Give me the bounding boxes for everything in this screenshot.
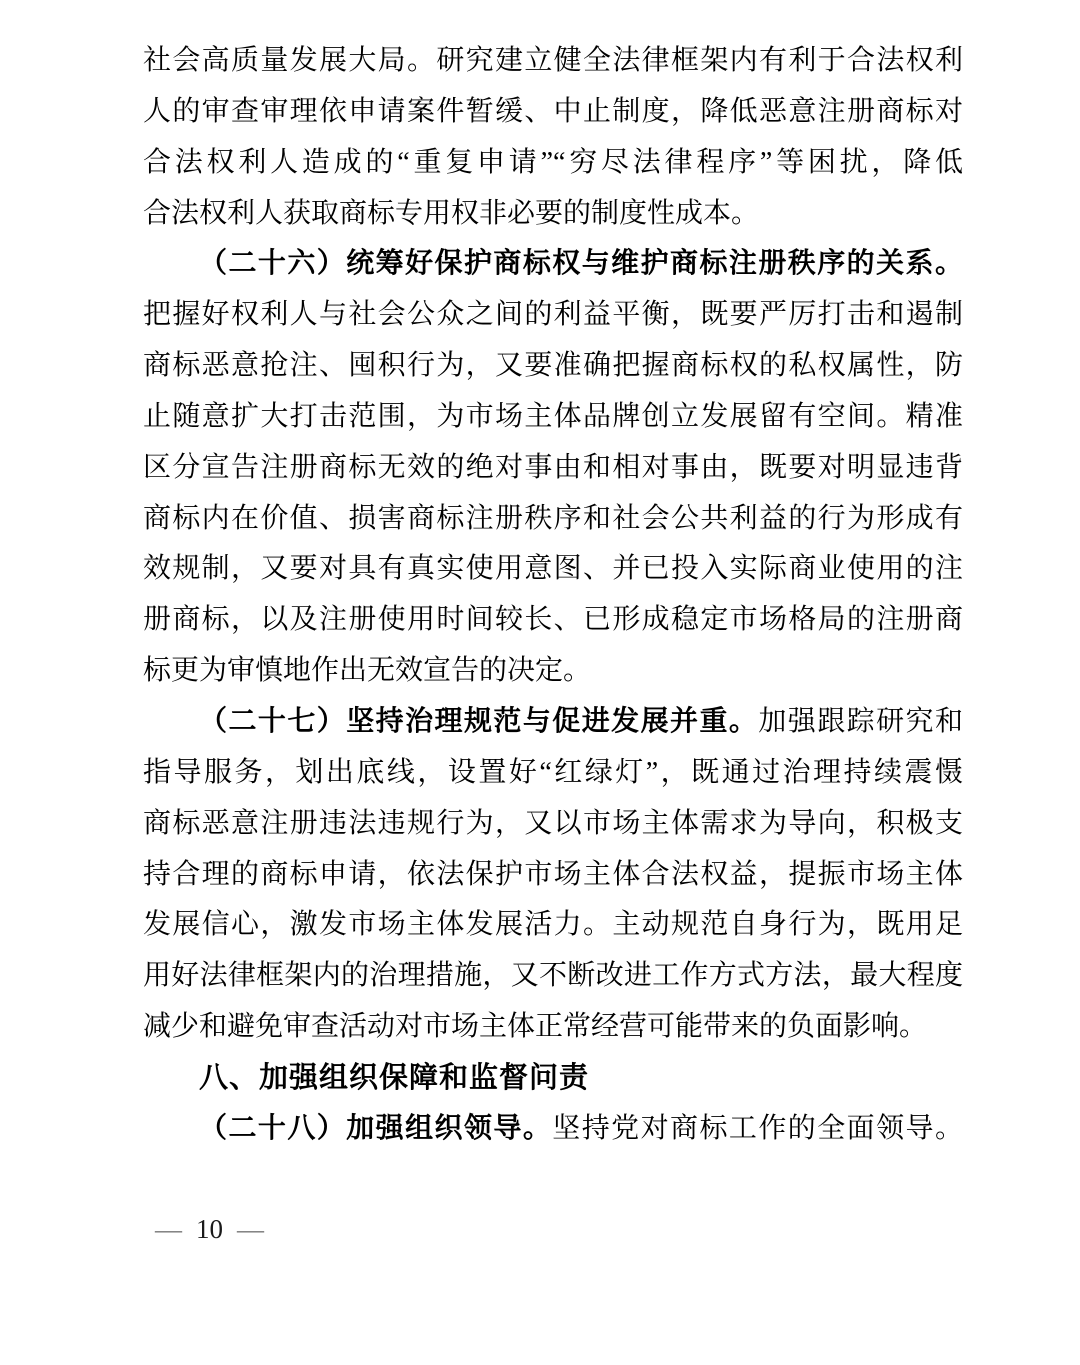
clause-title-text: （二十八）加强组织领导。: [199, 1113, 552, 1144]
body-text: 减少和避免审查活动对市场主体正常经营可能带来的负面影响。: [143, 1011, 927, 1042]
body-text: 止随意扩大打击范围，为市场主体品牌创立发展留有空间。精准: [143, 401, 963, 432]
text-line: 持合理的商标申请，依法保护市场主体合法权益，提振市场主体: [143, 850, 963, 901]
body-text: 合法权利人造成的“重复申请”“穷尽法律程序”等困扰，降低: [143, 147, 963, 178]
body-text: 发展信心，激发市场主体发展活力。主动规范自身行为，既用足: [143, 909, 963, 940]
body-text: 加强跟踪研究和: [758, 706, 963, 737]
text-line: （二十六）统筹好保护商标权与维护商标注册秩序的关系。: [143, 239, 963, 290]
text-line: 减少和避免审查活动对市场主体正常经营可能带来的负面影响。: [143, 1002, 963, 1053]
body-text: 人的审查审理依申请案件暂缓、中止制度，降低恶意注册商标对: [143, 96, 963, 127]
text-line: 商标恶意注册违法违规行为，又以市场主体需求为导向，积极支: [143, 799, 963, 850]
page-number-left-dash: —: [155, 1214, 182, 1244]
body-text: 商标恶意抢注、囤积行为，又要准确把握商标权的私权属性，防: [143, 350, 963, 381]
body-text: 坚持党对商标工作的全面领导。: [552, 1113, 963, 1144]
text-line: （二十七）坚持治理规范与促进发展并重。加强跟踪研究和: [143, 697, 963, 748]
page-number-right-dash: —: [237, 1214, 264, 1244]
text-line: 区分宣告注册商标无效的绝对事由和相对事由，既要对明显违背: [143, 443, 963, 494]
text-line: 用好法律框架内的治理措施，又不断改进工作方式方法，最大程度: [143, 951, 963, 1002]
text-line: 发展信心，激发市场主体发展活力。主动规范自身行为，既用足: [143, 900, 963, 951]
body-text: 指导服务，划出底线，设置好“红绿灯”，既通过治理持续震慑: [143, 757, 963, 788]
text-line: 商标恶意抢注、囤积行为，又要准确把握商标权的私权属性，防: [143, 341, 963, 392]
text-line: 社会高质量发展大局。研究建立健全法律框架内有利于合法权利: [143, 36, 963, 87]
text-line: 商标内在价值、损害商标注册秩序和社会公共利益的行为形成有: [143, 494, 963, 545]
clause-title-text: （二十六）统筹好保护商标权与维护商标注册秩序的关系。: [199, 248, 963, 279]
body-text: 用好法律框架内的治理措施，又不断改进工作方式方法，最大程度: [143, 960, 963, 991]
body-text: 持合理的商标申请，依法保护市场主体合法权益，提振市场主体: [143, 859, 963, 890]
body-text: 区分宣告注册商标无效的绝对事由和相对事由，既要对明显违背: [143, 452, 963, 483]
text-line: 合法权利人造成的“重复申请”“穷尽法律程序”等困扰，降低: [143, 138, 963, 189]
text-line: 效规制，又要对具有真实使用意图、并已投入实际商业使用的注: [143, 544, 963, 595]
page-number: —10—: [155, 1208, 264, 1250]
body-text: 标更为审慎地作出无效宣告的决定。: [143, 655, 591, 686]
text-block: 社会高质量发展大局。研究建立健全法律框架内有利于合法权利人的审查审理依申请案件暂…: [143, 36, 963, 1155]
text-line: 把握好权利人与社会公众之间的利益平衡，既要严厉打击和遏制: [143, 290, 963, 341]
text-line: 人的审查审理依申请案件暂缓、中止制度，降低恶意注册商标对: [143, 87, 963, 138]
clause-title-text: （二十七）坚持治理规范与促进发展并重。: [199, 706, 758, 737]
body-text: 社会高质量发展大局。研究建立健全法律框架内有利于合法权利: [143, 45, 963, 76]
body-text: 商标内在价值、损害商标注册秩序和社会公共利益的行为形成有: [143, 503, 963, 534]
text-line: 指导服务，划出底线，设置好“红绿灯”，既通过治理持续震慑: [143, 748, 963, 799]
body-text: 合法权利人获取商标专用权非必要的制度性成本。: [143, 198, 759, 229]
section-heading-text: 八、加强组织保障和监督问责: [199, 1062, 589, 1094]
section-heading: 八、加强组织保障和监督问责: [143, 1053, 963, 1104]
text-line: 止随意扩大打击范围，为市场主体品牌创立发展留有空间。精准: [143, 392, 963, 443]
body-text: 把握好权利人与社会公众之间的利益平衡，既要严厉打击和遏制: [143, 299, 963, 330]
text-line: 合法权利人获取商标专用权非必要的制度性成本。: [143, 189, 963, 240]
body-text: 效规制，又要对具有真实使用意图、并已投入实际商业使用的注: [143, 553, 963, 584]
body-text: 商标恶意注册违法违规行为，又以市场主体需求为导向，积极支: [143, 808, 963, 839]
text-line: 册商标，以及注册使用时间较长、已形成稳定市场格局的注册商: [143, 595, 963, 646]
document-page: 社会高质量发展大局。研究建立健全法律框架内有利于合法权利人的审查审理依申请案件暂…: [0, 0, 1080, 1365]
text-line: 标更为审慎地作出无效宣告的决定。: [143, 646, 963, 697]
body-text: 册商标，以及注册使用时间较长、已形成稳定市场格局的注册商: [143, 604, 963, 635]
text-line: （二十八）加强组织领导。坚持党对商标工作的全面领导。: [143, 1104, 963, 1155]
page-number-value: 10: [196, 1214, 223, 1244]
